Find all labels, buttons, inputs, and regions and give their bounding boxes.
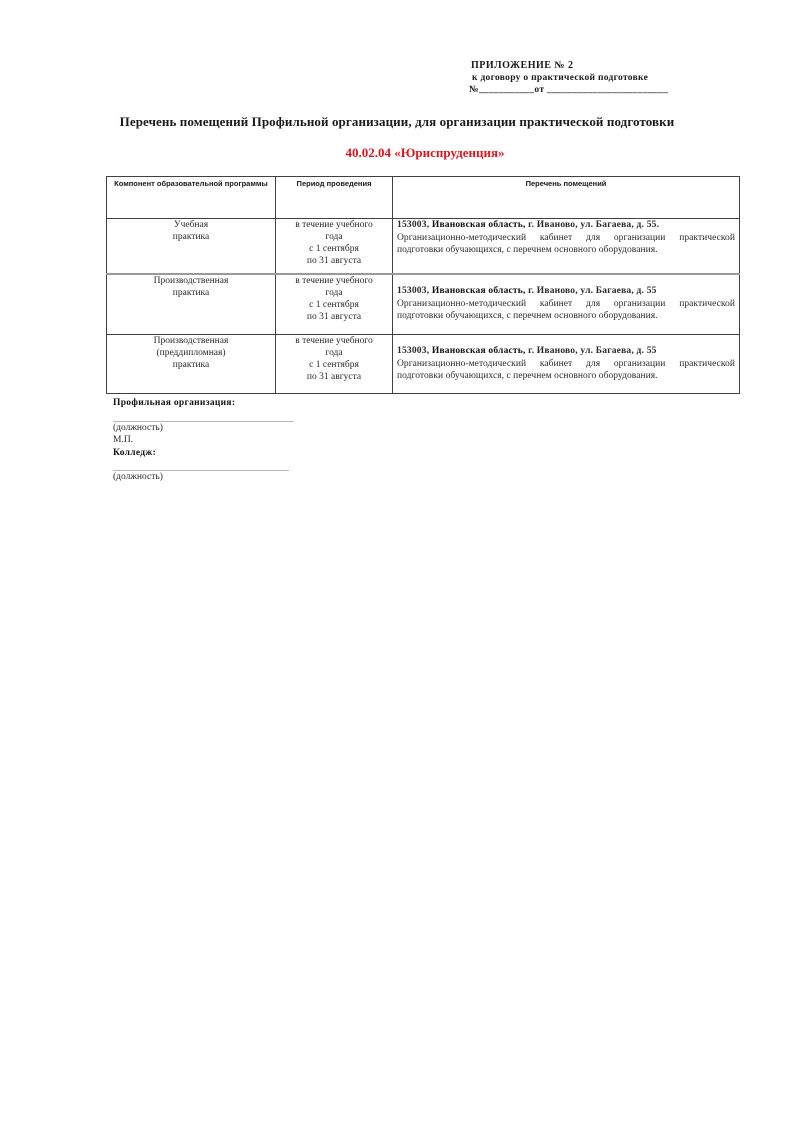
component-cell: Учебная практика [107,219,276,275]
signature-block: Профильная организация: (должность) М.П.… [113,397,294,484]
period-line: года [280,347,388,359]
address-street: г. Иваново, ул. Багаева, д. 55 [526,286,657,296]
component-cell: Производственная практика [107,274,276,335]
address: 153003, Ивановская область, г. Иваново, … [397,345,735,358]
header-component: Компонент образовательной программы [107,177,276,219]
appendix-title: ПРИЛОЖЕНИЕ № 2 [471,60,668,72]
postal-code: 153003, [397,286,432,296]
period-line: по 31 августа [280,311,388,323]
period-line: года [280,287,388,299]
period-line: года [280,231,388,243]
period-cell: в течение учебного года с 1 сентября по … [276,274,393,335]
college-position: (должность) [113,471,294,484]
component-line: (преддипломная) [111,347,271,359]
table-row: Учебная практика в течение учебного года… [107,219,740,275]
component-line: Производственная [111,275,271,287]
contract-number-line: №___________от ________________________ [469,84,668,96]
postal-code: 153003, [397,220,432,230]
period-line: в течение учебного [280,219,388,231]
address-region: Ивановская область, [432,346,526,356]
period-line: в течение учебного [280,335,388,347]
college-signature-line [113,461,289,471]
component-cell: Производственная (преддипломная) практик… [107,335,276,394]
table-row: Производственная практика в течение учеб… [107,274,740,335]
premises-table: Компонент образовательной программы Пери… [106,176,740,394]
appendix-header: ПРИЛОЖЕНИЕ № 2 к договору о практической… [471,60,668,96]
period-line: с 1 сентября [280,359,388,371]
period-line: по 31 августа [280,371,388,383]
table-header-row: Компонент образовательной программы Пери… [107,177,740,219]
component-line: Учебная [111,219,271,231]
header-period: Период проведения [276,177,393,219]
period-line: с 1 сентября [280,243,388,255]
component-line: практика [111,231,271,243]
document-title: Перечень помещений Профильной организаци… [0,114,794,130]
specialty-title: 40.02.04 «Юриспруденция» [0,145,794,161]
org-label: Профильная организация: [113,397,294,410]
premises-cell: 153003, Ивановская область, г. Иваново, … [393,219,740,275]
period-line: в течение учебного [280,275,388,287]
premises-cell: 153003, Ивановская область, г. Иваново, … [393,274,740,335]
postal-code: 153003, [397,346,432,356]
premises-cell: 153003, Ивановская область, г. Иваново, … [393,335,740,394]
component-line: практика [111,359,271,371]
address: 153003, Ивановская область, г. Иваново, … [397,285,735,298]
header-premises: Перечень помещений [393,177,740,219]
address: 153003, Ивановская область, г. Иваново, … [397,219,735,232]
address-street: г. Иваново, ул. Багаева, д. 55 [526,346,657,356]
component-line: практика [111,287,271,299]
premises-description: Организационно-методический кабинет для … [397,232,735,257]
stamp-label: М.П. [113,434,294,447]
period-cell: в течение учебного года с 1 сентября по … [276,335,393,394]
address-region: Ивановская область, [432,220,526,230]
table-row: Производственная (преддипломная) практик… [107,335,740,394]
org-position: (должность) [113,422,294,435]
premises-description: Организационно-методический кабинет для … [397,358,735,383]
college-label: Колледж: [113,447,294,460]
component-line: Производственная [111,335,271,347]
org-signature-line [113,412,294,422]
period-line: с 1 сентября [280,299,388,311]
appendix-subtitle: к договору о практической подготовке [471,72,668,84]
period-cell: в течение учебного года с 1 сентября по … [276,219,393,275]
address-region: Ивановская область, [432,286,526,296]
premises-description: Организационно-методический кабинет для … [397,298,735,323]
address-street: г. Иваново, ул. Багаева, д. 55. [526,220,660,230]
period-line: по 31 августа [280,255,388,267]
